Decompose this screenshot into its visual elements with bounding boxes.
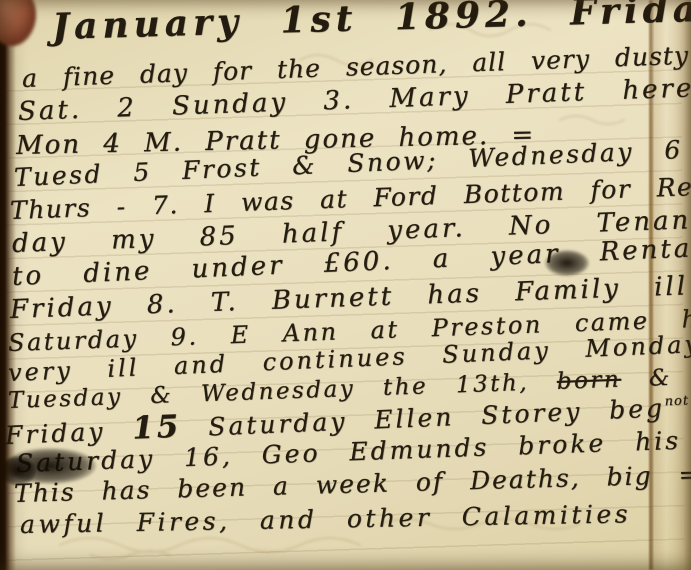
ink-blot xyxy=(0,456,36,486)
inserted-word-above-line: not xyxy=(664,393,689,409)
diary-photo: January 1st 1892. Friday a fine day for … xyxy=(0,0,691,570)
ink-blot xyxy=(545,250,589,276)
overwritten-day-number: 15 xyxy=(131,409,182,447)
